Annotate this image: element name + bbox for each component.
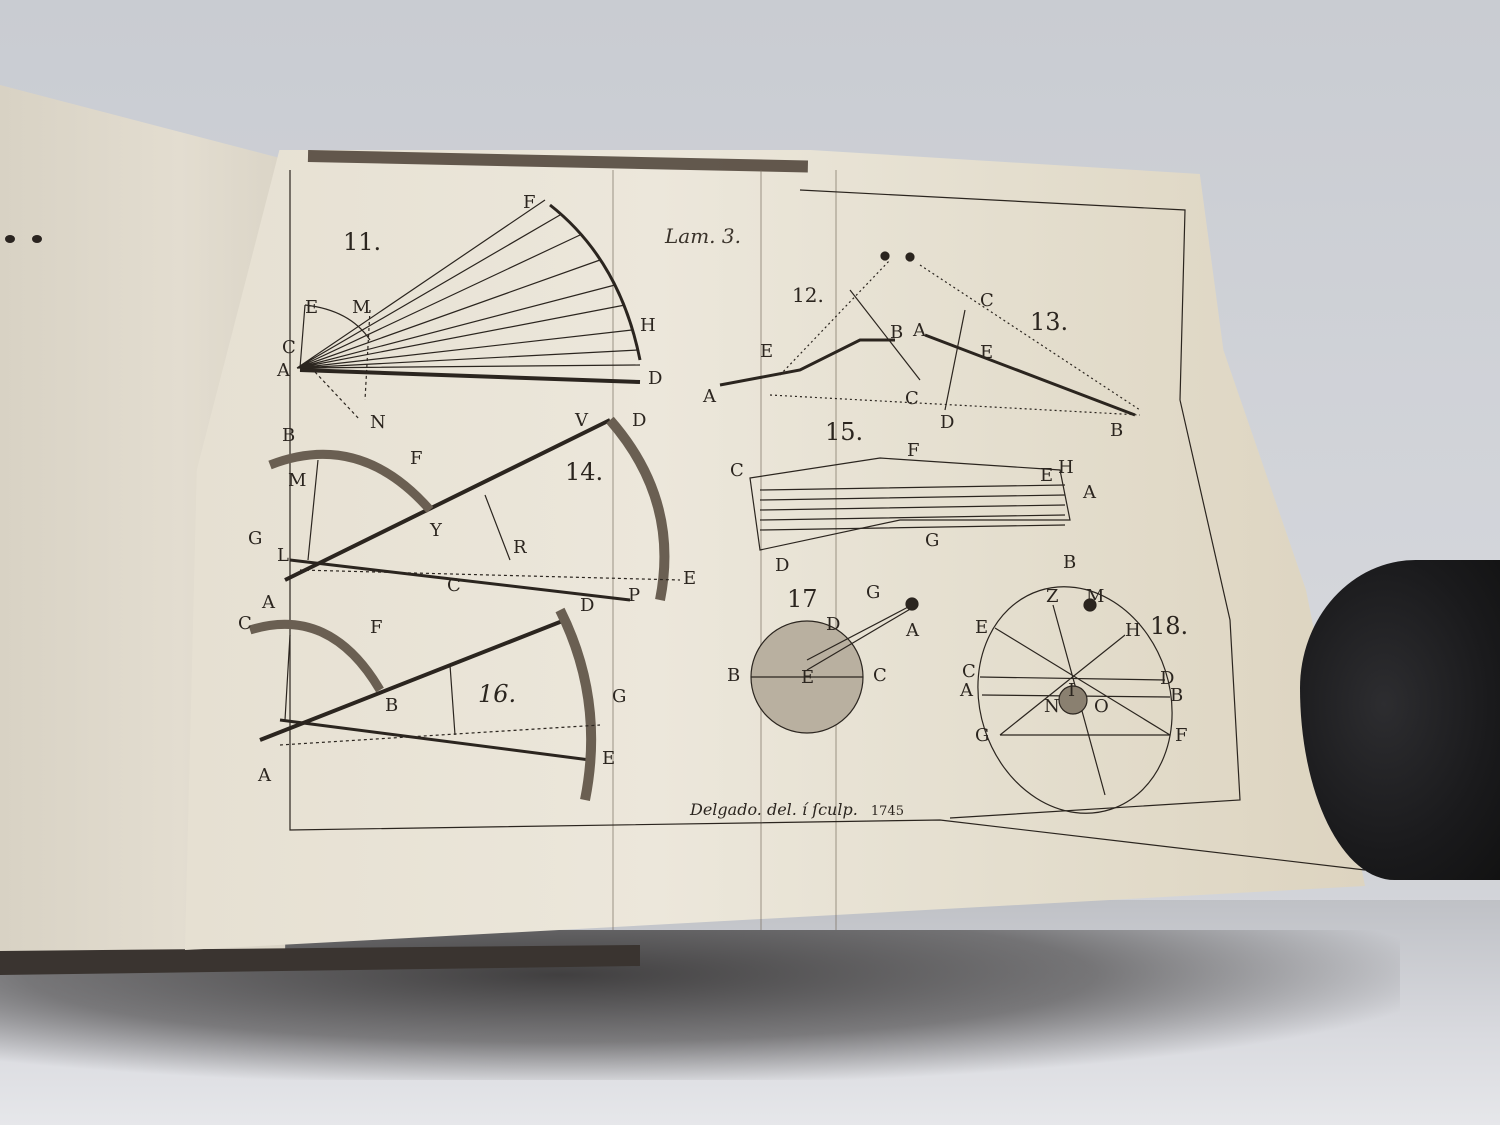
point-label: C — [730, 460, 744, 481]
point-label: F — [907, 440, 920, 461]
point-label: E — [760, 341, 773, 362]
point-label: M — [288, 470, 306, 491]
point-label: E — [801, 667, 814, 688]
point-label: C — [873, 665, 887, 686]
point-label: C — [905, 388, 919, 409]
figure-number: 17 — [787, 585, 818, 613]
engraver-signature: Delgado. del. í ſculp. 1745 — [690, 800, 904, 819]
point-label: C — [962, 661, 976, 682]
point-label: N — [1044, 696, 1060, 717]
point-label: H — [1125, 620, 1141, 641]
signature-text: Delgado. del. í ſculp. — [690, 800, 858, 819]
point-label: B — [282, 425, 295, 446]
plate-title: Lam. 3. — [665, 224, 741, 248]
signature-year: 1745 — [871, 804, 904, 819]
figure-number: 13. — [1030, 308, 1068, 336]
point-label: F — [1175, 725, 1188, 746]
point-label: E — [602, 748, 615, 769]
point-label: D — [775, 555, 789, 576]
point-label: H — [1058, 457, 1074, 478]
point-label: G — [975, 725, 989, 746]
point-label: F — [410, 448, 423, 469]
point-label: C — [282, 337, 296, 358]
point-label: G — [866, 582, 880, 603]
figure-number: 15. — [825, 418, 863, 446]
figure-number: 12. — [792, 283, 824, 307]
point-label: P — [628, 585, 640, 606]
point-label: A — [258, 765, 271, 786]
point-label: Y — [430, 520, 442, 541]
point-label: Z — [1046, 586, 1059, 607]
point-label: B — [385, 695, 398, 716]
point-label: D — [826, 614, 840, 635]
point-label: F — [370, 617, 383, 638]
point-label: D — [940, 412, 954, 433]
plate-engravings — [0, 0, 1500, 1125]
point-label: H — [640, 315, 656, 336]
figure-number: 16. — [478, 680, 516, 708]
point-label: M — [352, 297, 370, 318]
point-label: I — [1068, 680, 1075, 701]
point-label: G — [612, 686, 626, 707]
point-label: B — [727, 665, 740, 686]
point-label: B — [1170, 685, 1183, 706]
point-label: A — [262, 592, 275, 613]
point-label: L — [277, 545, 289, 566]
point-label: O — [1094, 696, 1109, 717]
point-label: N — [370, 412, 386, 433]
point-label: M — [1086, 586, 1104, 607]
point-label: G — [248, 528, 262, 549]
point-label: E — [1040, 465, 1053, 486]
point-label: E — [683, 568, 696, 589]
point-label: C — [238, 613, 252, 634]
point-label: A — [1083, 482, 1096, 503]
point-label: D — [632, 410, 646, 431]
point-label: A — [703, 386, 716, 407]
figure-number: 11. — [343, 228, 381, 256]
point-label: B — [1063, 552, 1076, 573]
point-label: A — [277, 360, 290, 381]
point-label: V — [575, 410, 588, 431]
point-label: B — [890, 322, 903, 343]
point-label: A — [906, 620, 919, 641]
point-label: C — [980, 290, 994, 311]
point-label: D — [648, 368, 662, 389]
point-label: E — [305, 297, 318, 318]
point-label: A — [960, 680, 973, 701]
point-label: G — [925, 530, 939, 551]
figure-number: 18. — [1150, 612, 1188, 640]
point-label: B — [1110, 420, 1123, 441]
point-label: R — [513, 537, 527, 558]
point-label: F — [523, 192, 536, 213]
point-label: D — [580, 595, 594, 616]
point-label: C — [447, 575, 461, 596]
figure-number: 14. — [565, 458, 603, 486]
point-label: A — [913, 320, 926, 341]
point-label: E — [975, 617, 988, 638]
point-label: E — [980, 342, 993, 363]
